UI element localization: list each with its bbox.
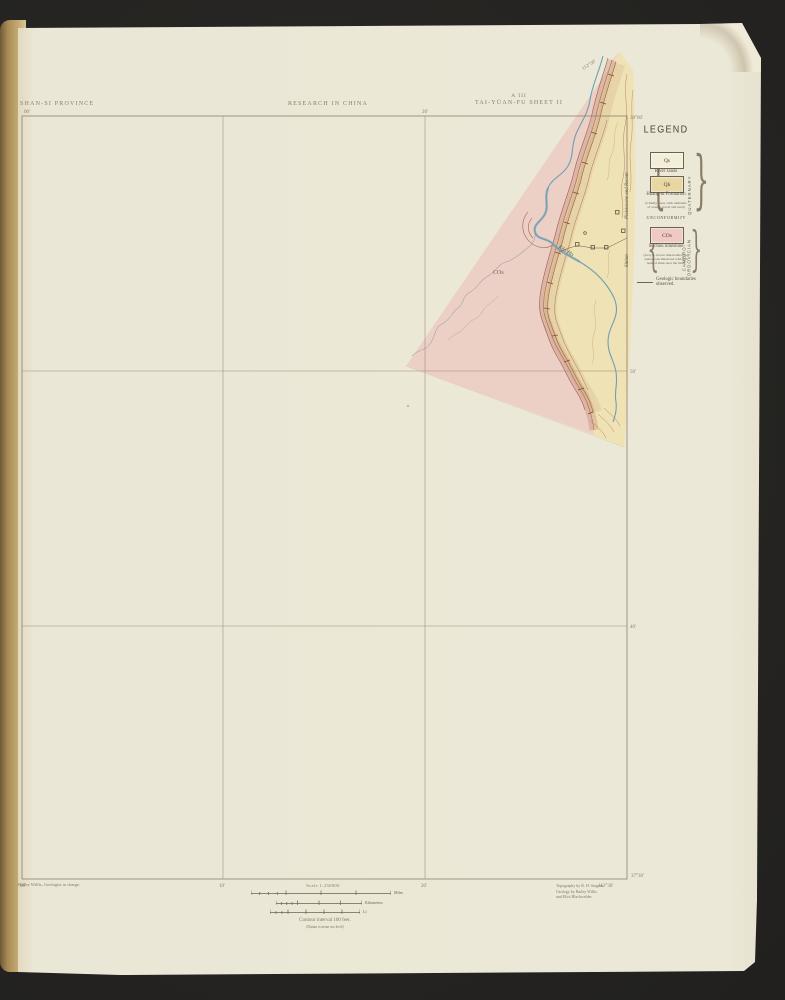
scale-bar-kilometers-label: Kilometers [365,899,383,907]
coord-bottom-t1: 10' [219,884,225,889]
scale-bar-miles-ruler [251,889,391,897]
scale-bar-kilometers-ruler [276,899,362,907]
scale-bar-li-label: Li [363,908,367,916]
credit-geology-2: and Eliot Blackwelder. [556,894,604,900]
coord-top-left: 00' [24,110,30,115]
coord-right-top: 38°00' [630,116,643,121]
coord-corner-lat: 37°30' [631,874,644,879]
scale-bar-miles: Miles [251,889,403,897]
map-canvas: COs Fên Ho 00' 20' 112°30' 38°00' 50' 40… [0,0,785,1000]
legend-era-pleistocene: Pleistocene and Recent [625,172,630,219]
legend-code-cos: COs [662,233,672,239]
map-area-label: COs [493,270,504,276]
legend-code-qh: Qh [664,182,671,188]
legend-name-qh: Huang-tu Formation [646,192,686,197]
scale-label: Scale 1:250000 [280,883,366,888]
legend-era-sinian: Sinian [625,254,630,267]
legend-swatch-qs: Qs [650,152,684,169]
legend-swatch-cos: COs [650,227,684,244]
legend-brace-right-quaternary: } [694,148,709,212]
scale-bar-miles-label: Miles [394,889,403,897]
credit-topography: Topography by R. H. Sargent. [556,883,604,889]
contour-interval-note: Contour interval 100 feet. [280,918,370,923]
scale-bar-li-ruler [270,908,360,916]
credit-geologist: Bailey Willis, Geologist in charge. [18,882,80,887]
scale-bar-li: Li [270,908,367,916]
legend-code-qs: Qs [664,158,670,164]
legend-unconformity: UNCONFORMITY [636,215,696,220]
atlas-page: SHAN-SI PROVINCE RESEARCH IN CHINA A III… [0,0,785,1000]
legend-brace-right-cambro: } [690,225,702,273]
legend-title: LEGEND [638,123,694,134]
coord-apex: 112°30' [582,59,598,71]
legend-name-cos: Si-chou limestone [646,244,686,249]
coord-right-mid: 50' [630,370,636,375]
legend-name-qs: River sands [642,169,690,174]
coord-right-low: 40' [630,625,636,630]
coord-top-mid: 20' [422,110,428,115]
legend-note-qh: (Chiefly loess, with remnants of orange … [644,202,688,210]
legend-note-cos: (Gray to brown thin-bedded and arenaceou… [642,254,690,266]
credits-right: Topography by R. H. Sargent. Geology by … [556,883,604,900]
legend-boundary-symbol [637,282,653,283]
coord-bottom-t2: 20' [421,884,427,889]
legend-boundary-label: Geologic boundaries observed. [656,277,710,287]
map-speck [407,405,409,407]
legend-swatch-qh: Qh [650,176,684,193]
datum-note: (Datum is mean sea level) [288,925,362,929]
scale-bar-kilometers: Kilometers [276,899,383,907]
